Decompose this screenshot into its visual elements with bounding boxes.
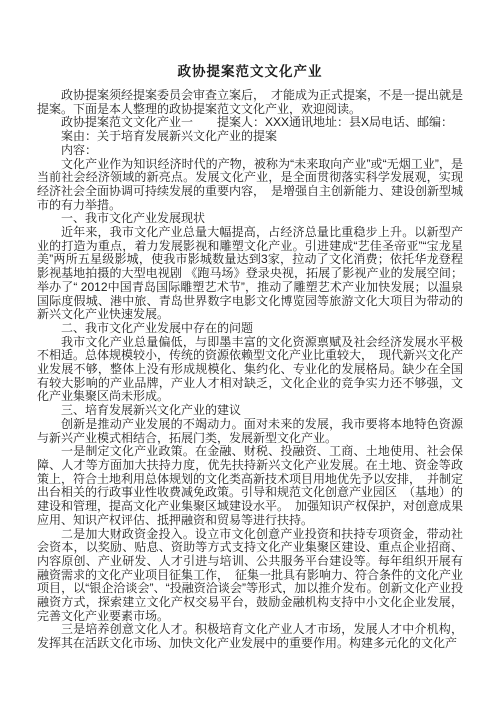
paragraph-intro: 政协提案须经提案委员会审查立案后， 才能成为正式提案，不是一提出就是提案。下面是… (37, 89, 463, 116)
section-heading-2: 二、我市文化产业发展中存在的问题 (37, 322, 463, 336)
section-heading-3: 三、培育发展新兴文化产业的建议 (37, 404, 463, 418)
paragraph-suggestion-1: 一是制定文化产业政策。在金融、财税、投融资、工商、土地使用、社会保障、人才等方面… (37, 445, 463, 527)
document-title: 政协提案范文文化产业 (37, 60, 463, 80)
paragraph-suggestion-2: 二是加大财政资金投入。设立市文化创意产业投资和扶持专项资金，带动社会资本，以奖励… (37, 528, 463, 624)
section-heading-1: 一、我市文化产业发展现状 (37, 212, 463, 226)
paragraph-overview: 文化产业作为知识经济时代的产物，被称为“未来取向产业”或“无烟工业”，是当前社会… (37, 158, 463, 213)
paragraph-suggestion-3: 三是培养创意文化人才。积极培育文化产业人才市场，发展人才中介机构，发挥其在活跃文… (37, 623, 463, 650)
document-page: 政协提案范文文化产业 政协提案须经提案委员会审查立案后， 才能成为正式提案，不是… (0, 0, 500, 708)
paragraph-case-reason: 案由：关于培育发展新兴文化产业的提案 (37, 130, 463, 144)
paragraph-section-3-intro: 创新是推动产业发展的不竭动力。面对未来的发展，我市要将本地特色资源与新兴产业模式… (37, 418, 463, 445)
document-body: 政协提案须经提案委员会审查立案后， 才能成为正式提案，不是一提出就是提案。下面是… (37, 89, 463, 651)
paragraph-section-1: 近年来，我市文化产业总量大幅提高，占经济总量比重稳步上升。以新型产业的打造为重点… (37, 226, 463, 322)
paragraph-content-label: 内容： (37, 144, 463, 158)
paragraph-section-2: 我市文化产业总量偏低，与即墨丰富的文化资源禀赋及社会经济发展水平极不相适。总体规… (37, 336, 463, 405)
